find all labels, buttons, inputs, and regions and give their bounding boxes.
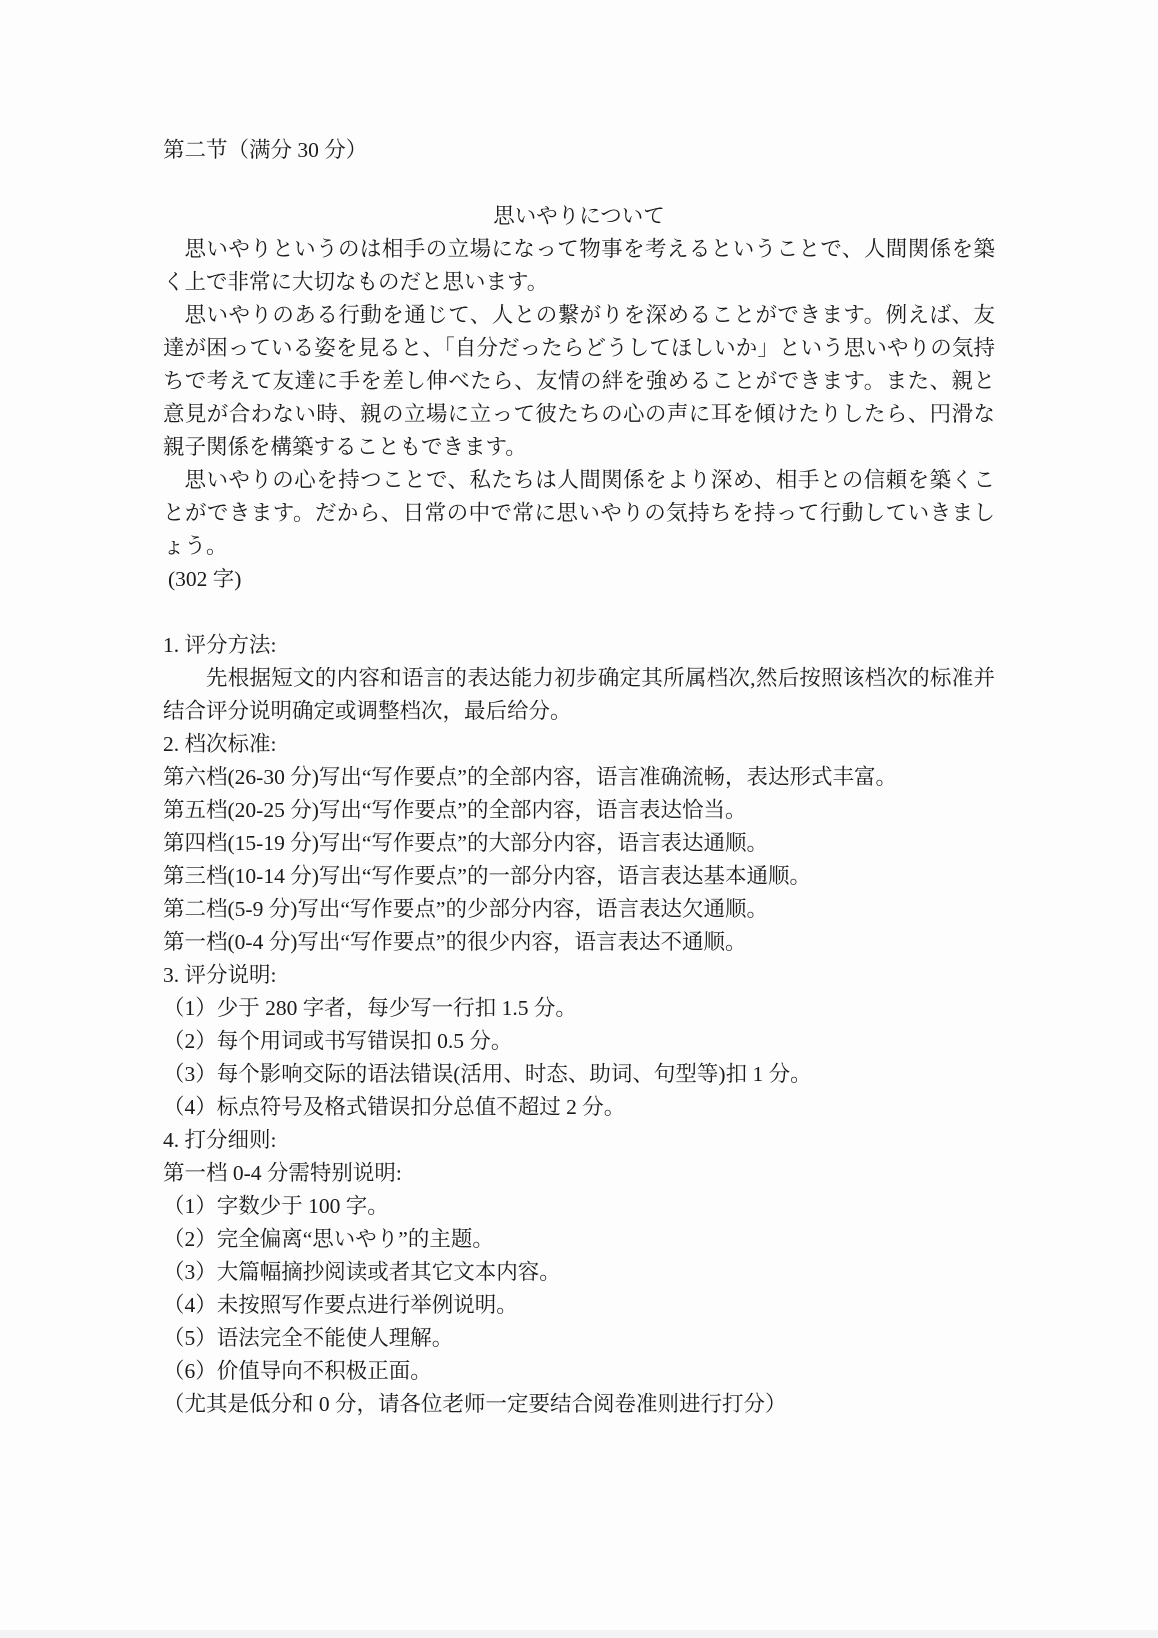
- essay-paragraph-3: 思いやりの心を持つことで、私たちは人間関係をより深め、相手との信頼を築くことがで…: [163, 464, 995, 563]
- page-bottom-edge: [0, 1630, 1158, 1638]
- rubric-level1-special-note: 第一档 0-4 分需特别说明:: [163, 1157, 995, 1190]
- grading-rubric: 1. 评分方法: 先根据短文的内容和语言的表达能力初步确定其所属档次,然后按照该…: [163, 629, 995, 1421]
- rubric-detail-4: （4）未按照写作要点进行举例说明。: [163, 1289, 995, 1322]
- rubric-level-1: 第一档(0-4 分)写出“写作要点”的很少内容，语言表达不通顺。: [163, 926, 995, 959]
- rubric-level-5: 第五档(20-25 分)写出“写作要点”的全部内容，语言表达恰当。: [163, 794, 995, 827]
- rubric-level-3: 第三档(10-14 分)写出“写作要点”的一部分内容，语言表达基本通顺。: [163, 860, 995, 893]
- rubric-note-1: （1）少于 280 字者，每少写一行扣 1.5 分。: [163, 992, 995, 1025]
- rubric-heading-scoring-notes: 3. 评分说明:: [163, 959, 995, 992]
- essay-title: 思いやりについて: [163, 200, 995, 233]
- rubric-level-2: 第二档(5-9 分)写出“写作要点”的少部分内容，语言表达欠通顺。: [163, 893, 995, 926]
- rubric-final-remark: （尤其是低分和 0 分，请各位老师一定要结合阅卷准则进行打分）: [163, 1388, 995, 1421]
- rubric-heading-scoring-method: 1. 评分方法:: [163, 629, 995, 662]
- rubric-detail-5: （5）语法完全不能使人理解。: [163, 1322, 995, 1355]
- rubric-level-4: 第四档(15-19 分)写出“写作要点”的大部分内容，语言表达通顺。: [163, 827, 995, 860]
- document-body: 第二节（满分 30 分） 思いやりについて 思いやりというのは相手の立場になって…: [163, 0, 995, 1421]
- rubric-heading-scoring-details: 4. 打分细则:: [163, 1124, 995, 1157]
- rubric-note-3: （3）每个影响交际的语法错误(活用、时态、助词、句型等)扣 1 分。: [163, 1058, 995, 1091]
- essay-paragraph-1: 思いやりというのは相手の立場になって物事を考えるということで、人間関係を築く上で…: [163, 233, 995, 299]
- rubric-heading-level-standards: 2. 档次标准:: [163, 728, 995, 761]
- rubric-scoring-method-text: 先根据短文的内容和语言的表达能力初步确定其所属档次,然后按照该档次的标准并结合评…: [163, 662, 995, 728]
- rubric-detail-1: （1）字数少于 100 字。: [163, 1190, 995, 1223]
- section-heading: 第二节（满分 30 分）: [163, 134, 995, 167]
- rubric-detail-6: （6）价值导向不积极正面。: [163, 1355, 995, 1388]
- rubric-note-2: （2）每个用词或书写错误扣 0.5 分。: [163, 1025, 995, 1058]
- essay-char-count: (302 字): [163, 563, 995, 596]
- essay-paragraph-2: 思いやりのある行動を通じて、人との繋がりを深めることができます。例えば、友達が困…: [163, 299, 995, 464]
- rubric-detail-3: （3）大篇幅摘抄阅读或者其它文本内容。: [163, 1256, 995, 1289]
- rubric-level-6: 第六档(26-30 分)写出“写作要点”的全部内容，语言准确流畅，表达形式丰富。: [163, 761, 995, 794]
- rubric-detail-2: （2）完全偏离“思いやり”的主题。: [163, 1223, 995, 1256]
- rubric-note-4: （4）标点符号及格式错误扣分总值不超过 2 分。: [163, 1091, 995, 1124]
